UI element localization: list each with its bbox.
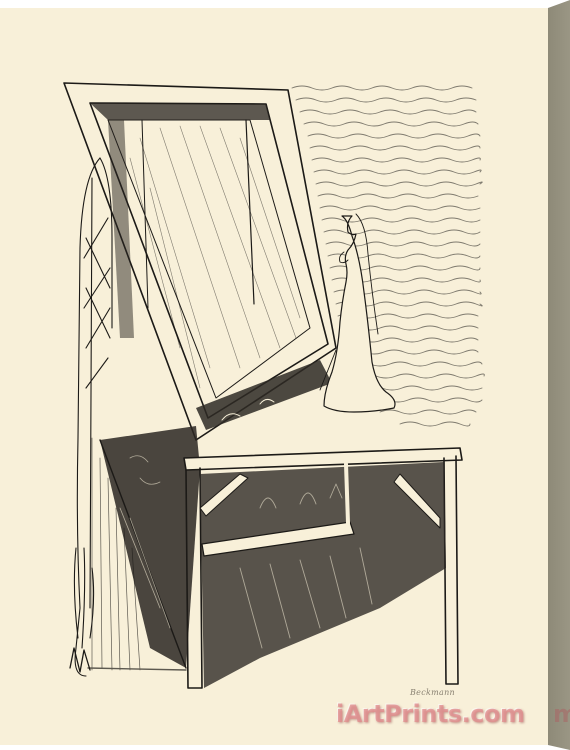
product-image-stage: Beckmann iArtPrints.com m (0, 0, 570, 750)
artwork-drawing (0, 8, 548, 745)
curtain (70, 158, 112, 676)
figurine (320, 214, 395, 412)
artist-signature: Beckmann (410, 688, 455, 697)
watermark-text: iArtPrints.com (336, 700, 524, 728)
canvas-side-edge (548, 0, 570, 750)
mirror-reflection (130, 126, 300, 388)
faces-strip (196, 360, 332, 430)
watermark-edge-text: m (553, 700, 570, 728)
mirror-border-shading (90, 103, 270, 120)
canvas-front-face: Beckmann (0, 8, 548, 745)
